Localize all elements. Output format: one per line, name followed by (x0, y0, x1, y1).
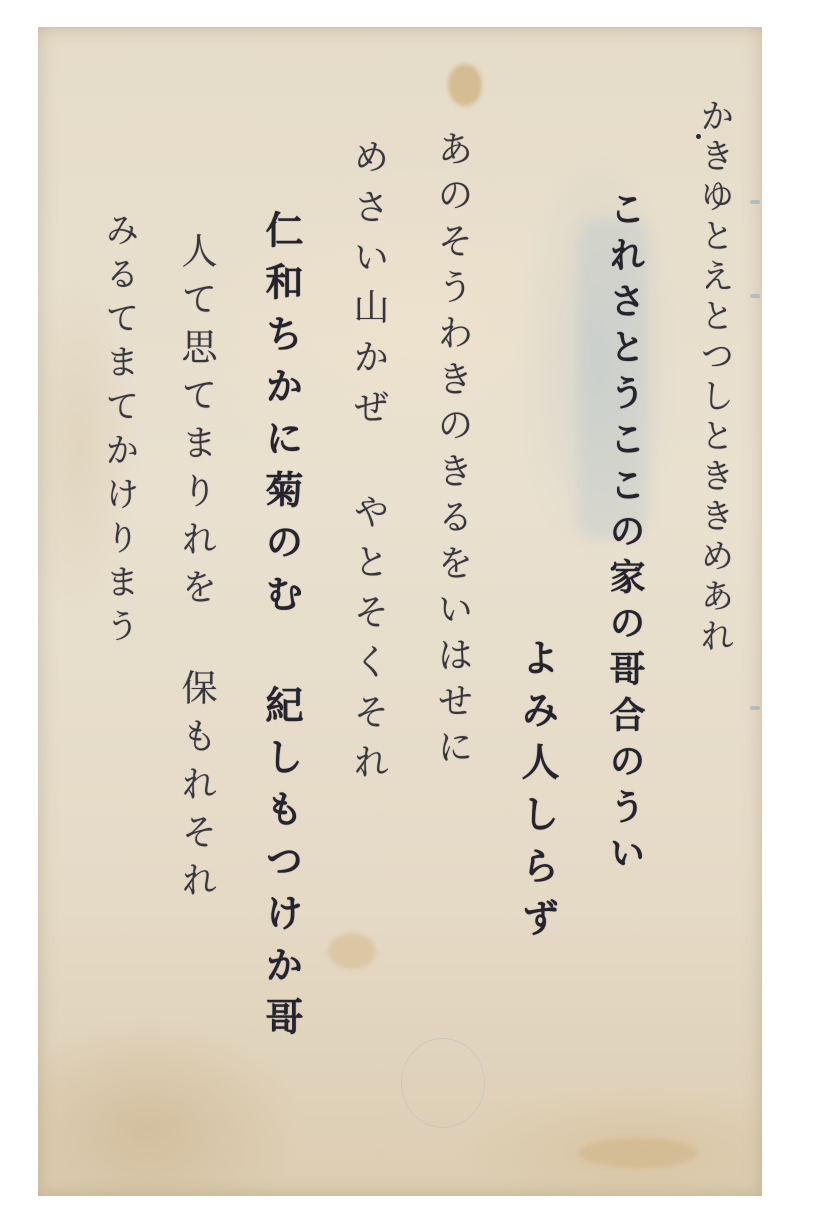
manuscript-page (38, 27, 762, 1196)
edge-mark-1 (750, 200, 760, 204)
edge-mark-3 (750, 706, 760, 710)
edge-mark-2 (750, 294, 760, 298)
water-stain-bottom (578, 1138, 698, 1168)
text-column-4: あのそうわきのきるをいはせに (434, 130, 470, 774)
text-column-8: みるてまてかけりまう (102, 212, 136, 652)
text-column-2: これさとうここの家の哥合のうい (607, 190, 643, 880)
text-column-5: めさい山かぜ やとそくそれ (350, 138, 386, 793)
water-stain-top (448, 64, 482, 106)
text-column-7: 人て思てまりれを 保もれそれ (178, 232, 214, 909)
water-stain-middle (328, 933, 376, 969)
text-column-1: かきゆとえとつしとききめあれ (697, 98, 731, 658)
text-column-6: 仁和ちかに菊のむ 紀しもつけか哥 (262, 210, 300, 1049)
seal-ghost-mark (401, 1038, 485, 1128)
text-column-3: よみ人しらず (518, 638, 556, 950)
